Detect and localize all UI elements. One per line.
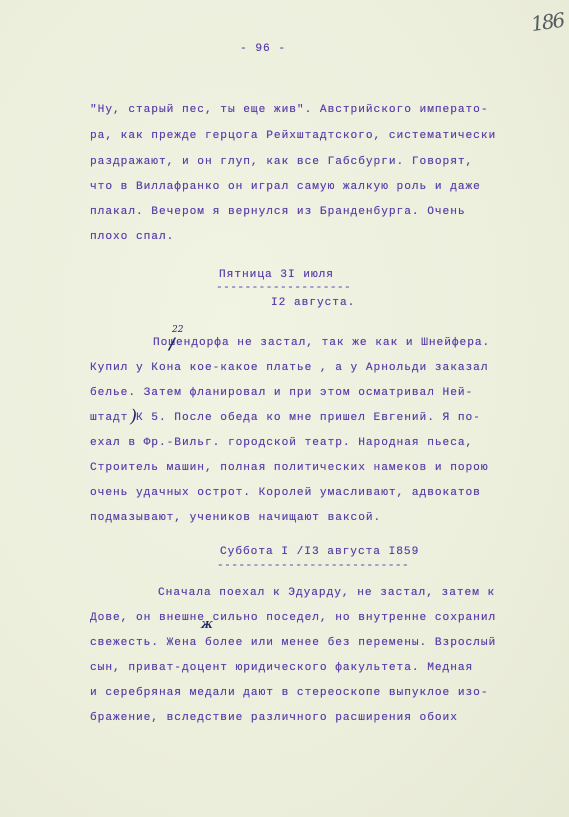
text-line: свежесть. Жена более или менее без перем… [90,636,496,650]
text-line: "Ну, старый пес, ты еще жив". Австрийско… [90,103,489,117]
text-line: белье. Затем фланировал и при этом осмат… [90,386,473,400]
handwritten-bracket: ) [130,406,137,427]
text-line: бражение, вследствие различного расширен… [90,711,458,725]
handwritten-strike: / [169,334,175,353]
page-number: - 96 - [240,42,286,56]
text-line: Дове, он внешне сильно поседел, но внутр… [90,611,496,625]
text-line: подмазывают, учеников начищают ваксой. [90,511,381,525]
text-line: что в Виллафранко он играл самую жалкую … [90,180,481,194]
handwritten-correction: Ж [201,621,213,631]
text-line: раздражают, и он глуп, как все Габсбурги… [90,155,473,169]
text-line: очень удачных острот. Королей умасливают… [90,486,481,500]
heading-divider: ------------------- [216,281,351,295]
document-page: 186 - 96 - "Ну, старый пес, ты еще жив".… [0,0,569,817]
date-heading-friday: Пятница 3I июля [219,268,334,282]
text-line: плакал. Вечером я вернулся из Бранденбур… [90,205,466,219]
text-line: сын, приват-доцент юридического факульте… [90,661,473,675]
text-line: Строитель машин, полная политических нам… [90,461,489,475]
text-line: Сначала поехал к Эдуарду, не застал, зат… [158,586,495,600]
date-heading-saturday: Суббота I /I3 августа I859 [220,545,419,559]
text-line: плохо спал. [90,230,174,244]
text-line: Пошендорфа не застал, так же как и Шнейф… [153,336,490,350]
date-heading-friday-new-style: I2 августа. [271,296,355,310]
heading-divider: --------------------------- [217,559,409,573]
text-line: штадт К 5. После обеда ко мне пришел Евг… [90,411,481,425]
text-line: Купил у Кона кое-какое платье , а у Арно… [90,361,489,375]
text-line: ра, как прежде герцога Рейхштадтского, с… [90,129,496,143]
text-line: ехал в Фр.-Вильг. городской театр. Народ… [90,436,473,450]
text-line: и серебряная медали дают в стереоскопе в… [90,686,489,700]
archive-folio-number: 186 [529,8,564,36]
